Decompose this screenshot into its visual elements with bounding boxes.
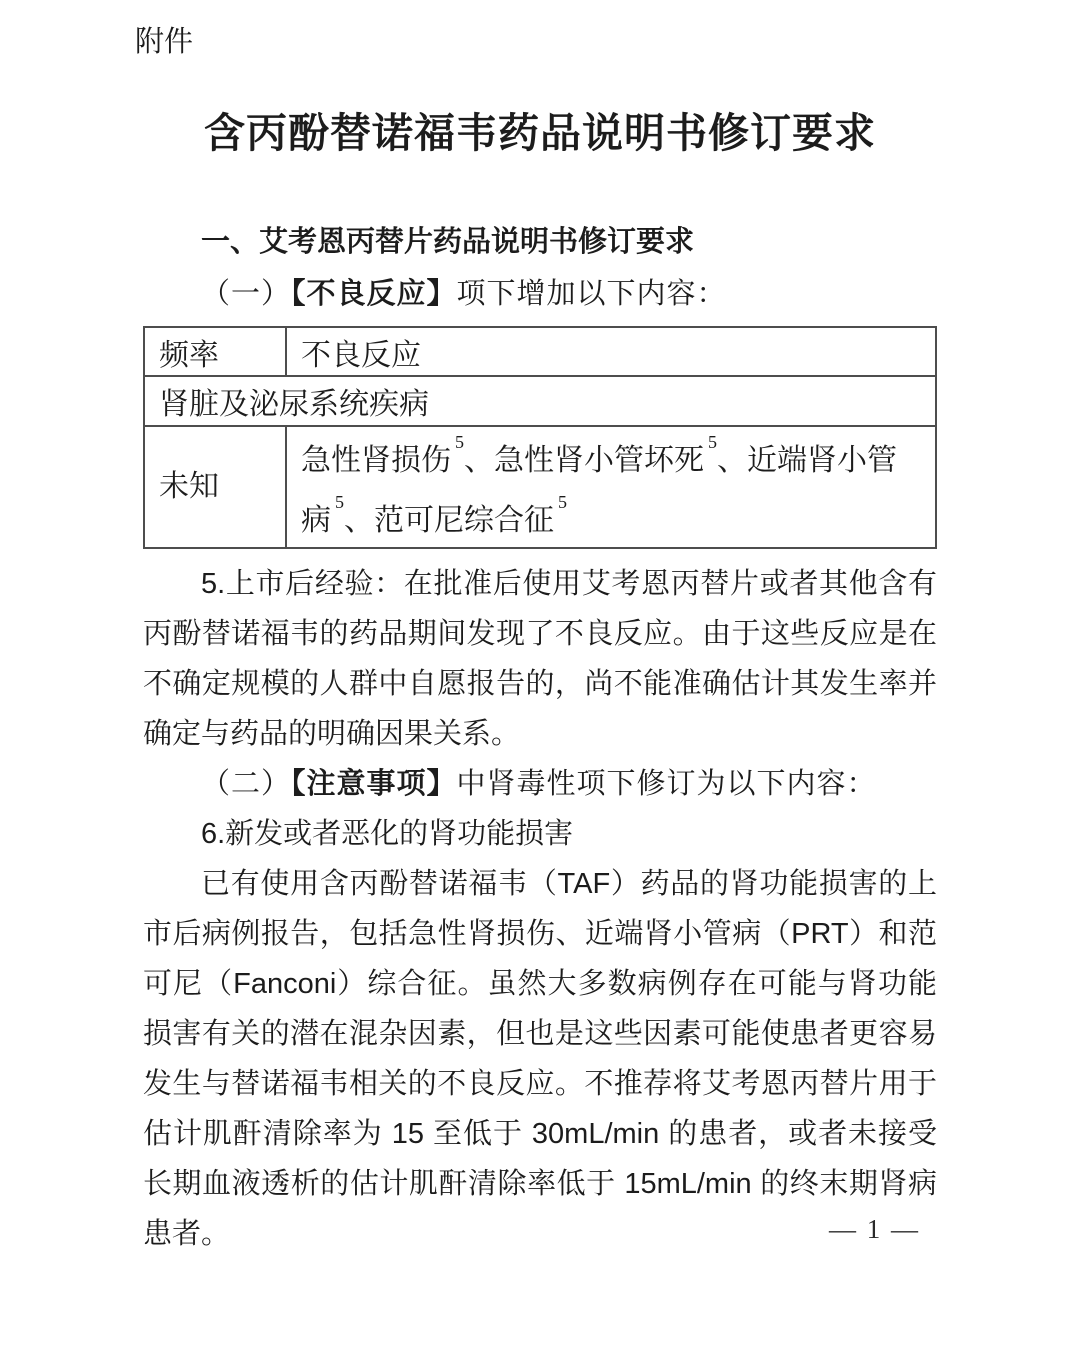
document-page: 附件 含丙酚替诺福韦药品说明书修订要求 一、艾考恩丙替片药品说明书修订要求 （一…	[0, 0, 1080, 1359]
adverse-reactions-table: 频率 不良反应 肾脏及泌尿系统疾病 未知 急性肾损伤5、急性肾小管坏死5、近端肾…	[143, 326, 937, 549]
subsection-one-prefix: （一）	[201, 278, 291, 310]
reaction-separator: 、	[717, 444, 747, 477]
subsection-two-suffix: 中肾毒性项下修订为以下内容：	[457, 768, 877, 800]
subsection-two-prefix: （二）	[201, 768, 291, 800]
reaction-separator: 、	[344, 504, 374, 537]
reaction-footnote-marker: 5	[455, 432, 464, 452]
subsection-two-heading: （二）【注意事项】中肾毒性项下修订为以下内容：	[143, 759, 937, 809]
reaction-item: 范可尼综合征5	[374, 504, 567, 537]
document-content: 一、艾考恩丙替片药品说明书修订要求 （一）【不良反应】项下增加以下内容： 频率 …	[143, 222, 937, 1259]
reaction-name: 范可尼综合征	[374, 504, 554, 537]
reaction-item: 急性肾损伤5、	[301, 444, 494, 477]
table-frequency-value: 未知	[144, 426, 286, 548]
table-header-frequency: 频率	[144, 327, 286, 376]
table-group-label: 肾脏及泌尿系统疾病	[144, 376, 936, 426]
heading-renal-impairment: 6.新发或者恶化的肾功能损害	[143, 809, 937, 859]
reaction-name: 急性肾小管坏死	[494, 444, 704, 477]
attachment-label: 附件	[135, 0, 1080, 60]
document-title: 含丙酚替诺福韦药品说明书修订要求	[0, 106, 1080, 160]
table-data-row: 未知 急性肾损伤5、急性肾小管坏死5、近端肾小管病5、范可尼综合征5	[144, 426, 936, 548]
table-reactions-cell: 急性肾损伤5、急性肾小管坏死5、近端肾小管病5、范可尼综合征5	[286, 426, 936, 548]
subsection-one-heading: （一）【不良反应】项下增加以下内容：	[143, 271, 937, 317]
section-one-heading: 一、艾考恩丙替片药品说明书修订要求	[143, 222, 937, 262]
reaction-item: 急性肾小管坏死5、	[494, 444, 747, 477]
subsection-one-bracketed-term: 【不良反应】	[291, 278, 457, 310]
table-group-row: 肾脏及泌尿系统疾病	[144, 376, 936, 426]
subsection-one-suffix: 项下增加以下内容：	[457, 278, 727, 310]
reaction-name: 急性肾损伤	[301, 444, 451, 477]
paragraph-postmarketing-experience: 5.上市后经验：在批准后使用艾考恩丙替片或者其他含有丙酚替诺福韦的药品期间发现了…	[143, 559, 937, 759]
subsection-two-bracketed-term: 【注意事项】	[291, 768, 457, 800]
reaction-footnote-marker: 5	[558, 492, 567, 512]
reaction-separator: 、	[464, 444, 494, 477]
reaction-footnote-marker: 5	[335, 492, 344, 512]
page-number: — 1 —	[829, 1214, 920, 1245]
reaction-footnote-marker: 5	[708, 432, 717, 452]
table-header-reaction: 不良反应	[286, 327, 936, 376]
paragraph-renal-impairment: 已有使用含丙酚替诺福韦（TAF）药品的肾功能损害的上市后病例报告，包括急性肾损伤…	[143, 859, 937, 1259]
table-header-row: 频率 不良反应	[144, 327, 936, 376]
